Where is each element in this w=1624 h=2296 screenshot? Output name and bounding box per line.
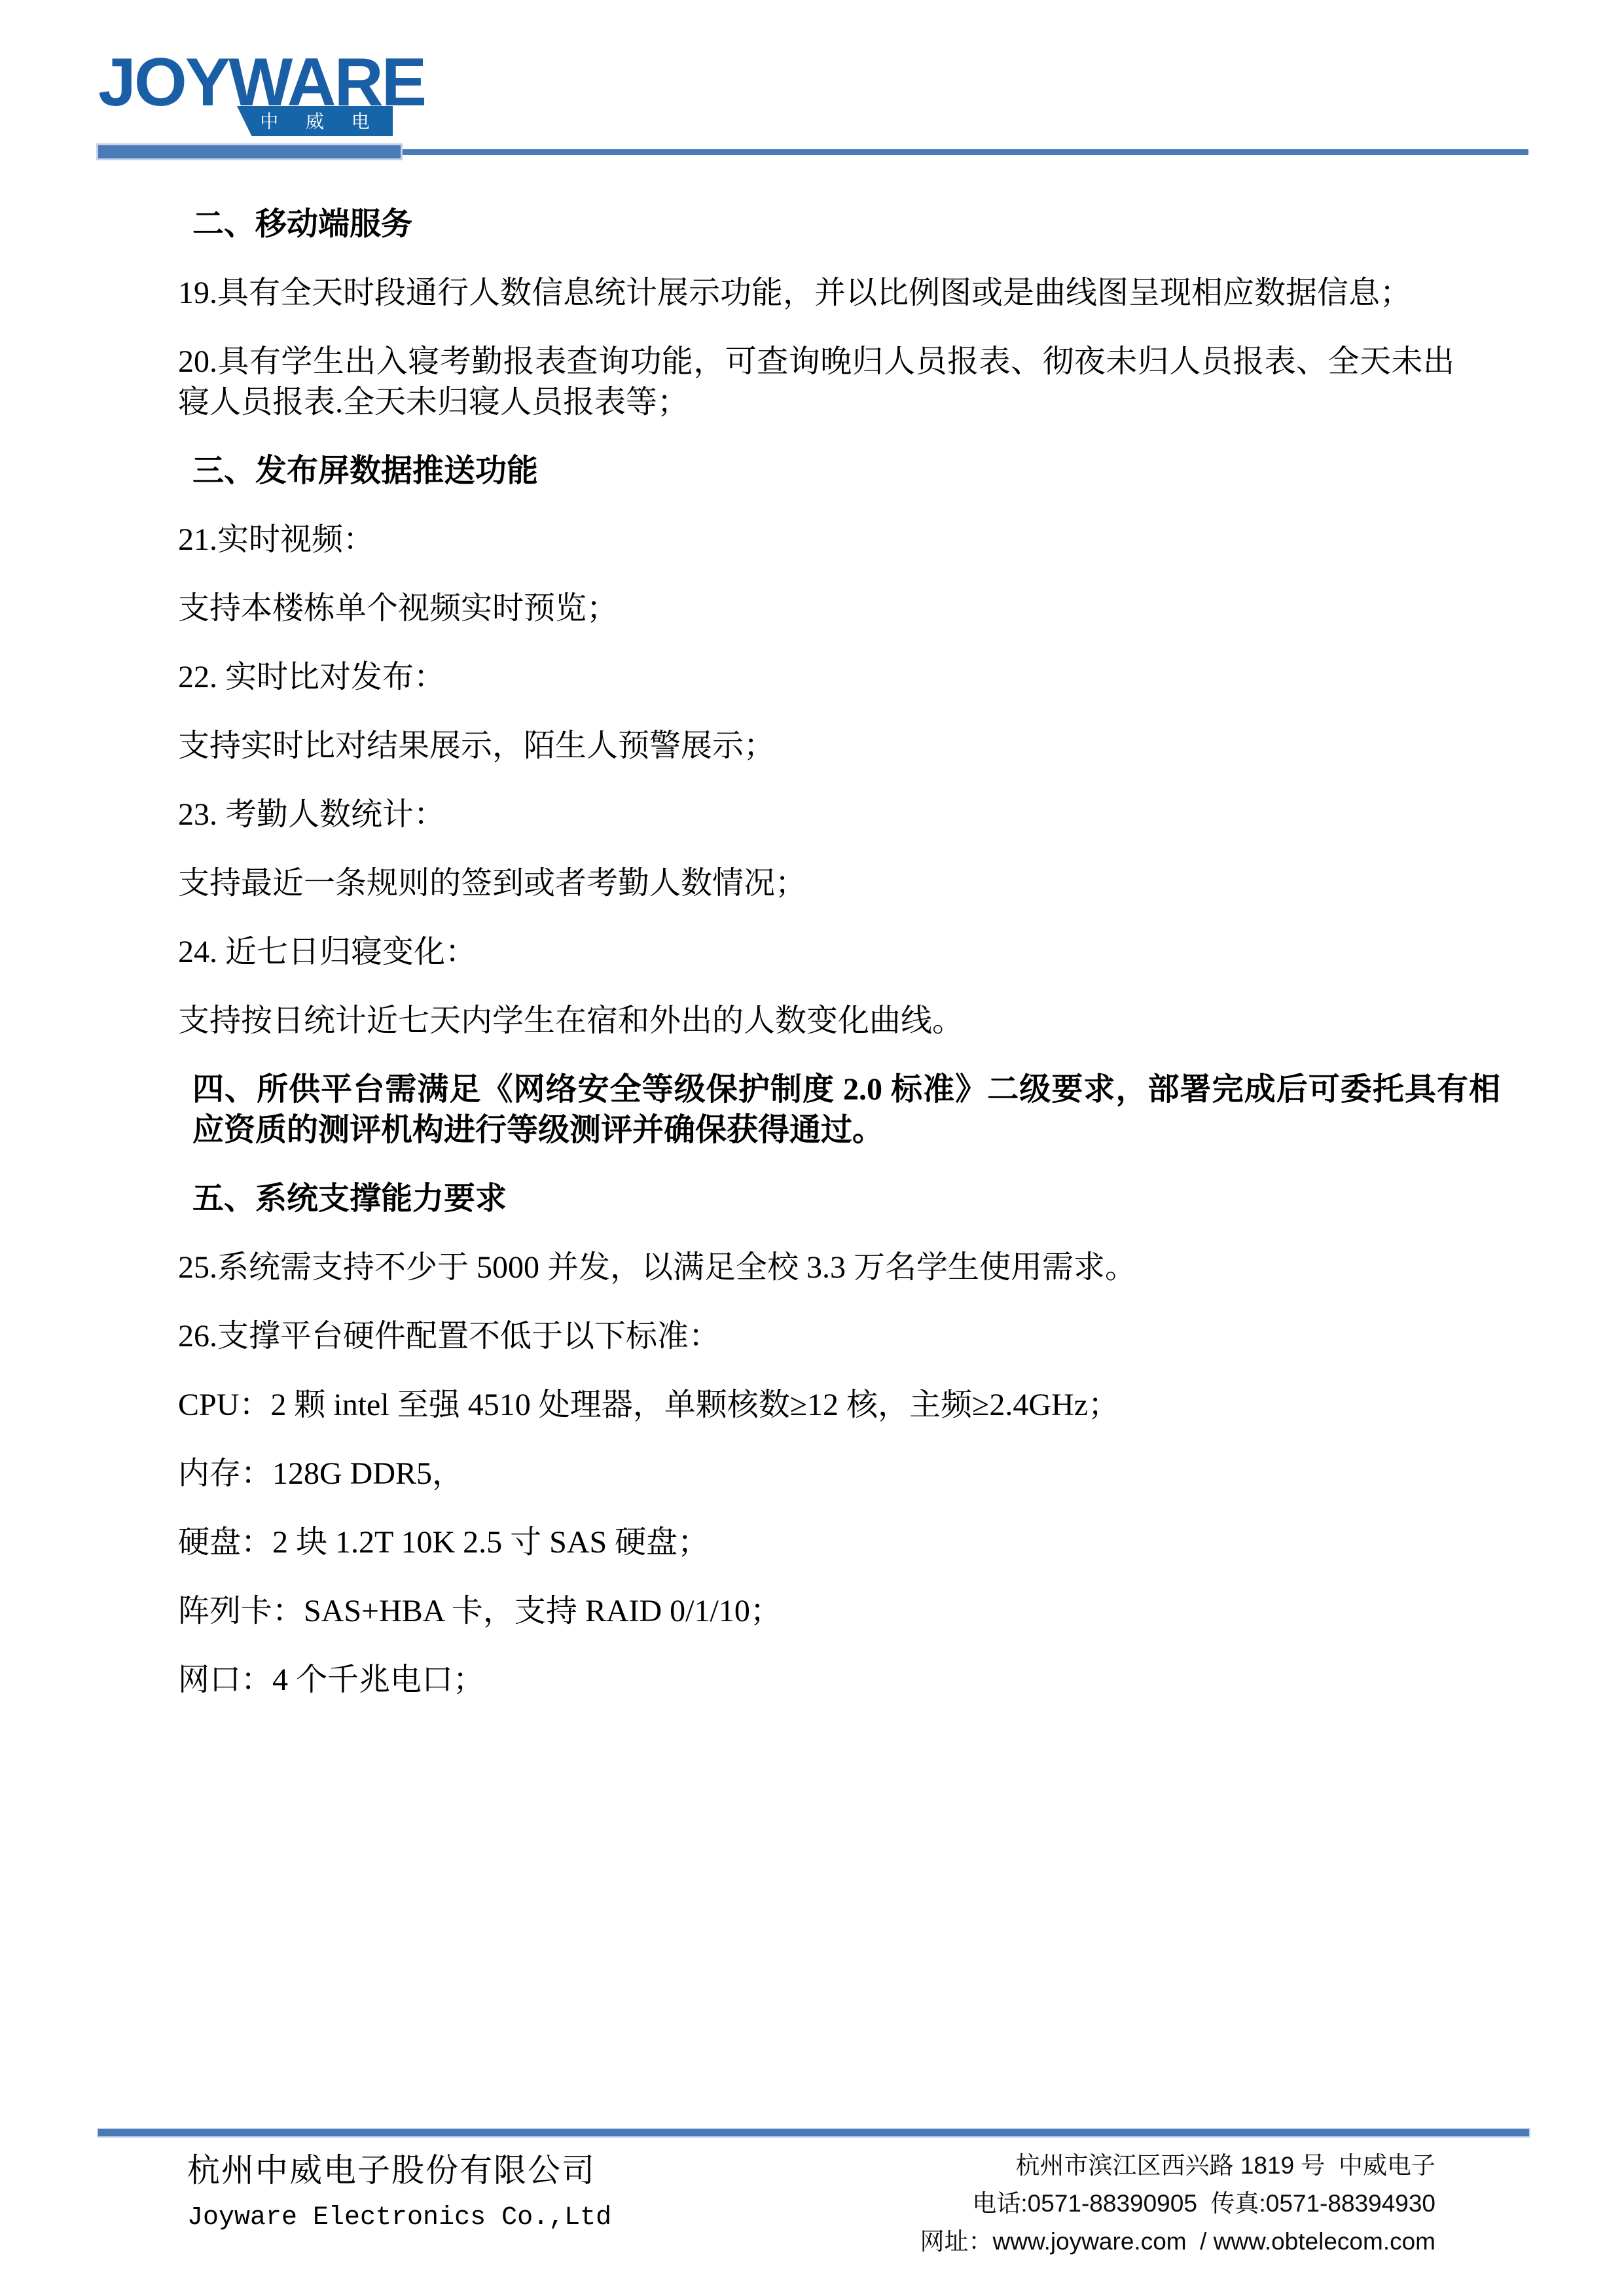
doc-paragraph: 支持最近一条规则的签到或者考勤人数情况； xyxy=(178,863,1454,904)
footer-phone-fax: 电话:0571-88390905 传真:0571-88394930 xyxy=(920,2185,1435,2223)
company-name-cn: 杭州中威电子股份有限公司 xyxy=(187,2152,611,2189)
doc-paragraph: 支持实时比对结果展示，陌生人预警展示； xyxy=(178,726,1454,766)
company-name-en: Joyware Electronics Co.,Ltd xyxy=(187,2203,611,2233)
doc-paragraph: 26.支撑平台硬件配置不低于以下标准： xyxy=(178,1316,1454,1357)
doc-paragraph: 内存：128G DDR5， xyxy=(178,1454,1454,1494)
document-page: JOYWARE 中 威 电 子 二、移动端服务19.具有全天时段通行人数信息统计… xyxy=(0,0,1624,2296)
doc-paragraph: 支持本楼栋单个视频实时预览； xyxy=(178,588,1454,629)
footer-left-block: 杭州中威电子股份有限公司 Joyware Electronics Co.,Ltd xyxy=(187,2152,611,2233)
doc-heading: 二、移动端服务 xyxy=(192,204,1454,245)
footer-address: 杭州市滨江区西兴路 1819 号 中威电子 xyxy=(920,2147,1435,2185)
footer-website: 网址：www.joyware.com / www.obtelecom.com xyxy=(920,2223,1435,2261)
doc-paragraph: 24. 近七日归寝变化： xyxy=(178,932,1454,973)
doc-paragraph: 25.系统需支持不少于 5000 并发，以满足全校 3.3 万名学生使用需求。 xyxy=(178,1247,1454,1288)
doc-paragraph: 22. 实时比对发布： xyxy=(178,657,1454,698)
doc-paragraph: 支持按日统计近七天内学生在宿和外出的人数变化曲线。 xyxy=(178,1001,1454,1041)
footer-rule xyxy=(98,2129,1529,2136)
doc-heading: 三、发布屏数据推送功能 xyxy=(192,451,1454,492)
doc-paragraph: 19.具有全天时段通行人数信息统计展示功能，并以比例图或是曲线图呈现相应数据信息… xyxy=(178,273,1454,314)
doc-paragraph: 23. 考勤人数统计： xyxy=(178,795,1454,835)
document-body: 二、移动端服务19.具有全天时段通行人数信息统计展示功能，并以比例图或是曲线图呈… xyxy=(178,204,1454,1729)
doc-heading: 四、所供平台需满足《网络安全等级保护制度 2.0 标准》二级要求，部署完成后可委… xyxy=(192,1069,1500,1151)
header-rule-thin xyxy=(403,149,1528,155)
header-rule-thick xyxy=(98,145,401,158)
doc-paragraph: 20.具有学生出入寝考勤报表查询功能，可查询晚归人员报表、彻夜未归人员报表、全天… xyxy=(178,342,1454,423)
footer-right-block: 杭州市滨江区西兴路 1819 号 中威电子 电话:0571-88390905 传… xyxy=(920,2147,1435,2261)
doc-paragraph: 21.实时视频： xyxy=(178,520,1454,560)
doc-paragraph: 阵列卡：SAS+HBA 卡，支持 RAID 0/1/10； xyxy=(178,1591,1454,1632)
doc-paragraph: CPU：2 颗 intel 至强 4510 处理器，单颗核数≥12 核，主频≥2… xyxy=(178,1385,1454,1426)
doc-heading: 五、系统支撑能力要求 xyxy=(192,1179,1454,1219)
logo-badge: 中 威 电 子 xyxy=(237,106,393,136)
doc-paragraph: 网口：4 个千兆电口； xyxy=(178,1660,1454,1700)
doc-paragraph: 硬盘：2 块 1.2T 10K 2.5 寸 SAS 硬盘； xyxy=(178,1522,1454,1563)
